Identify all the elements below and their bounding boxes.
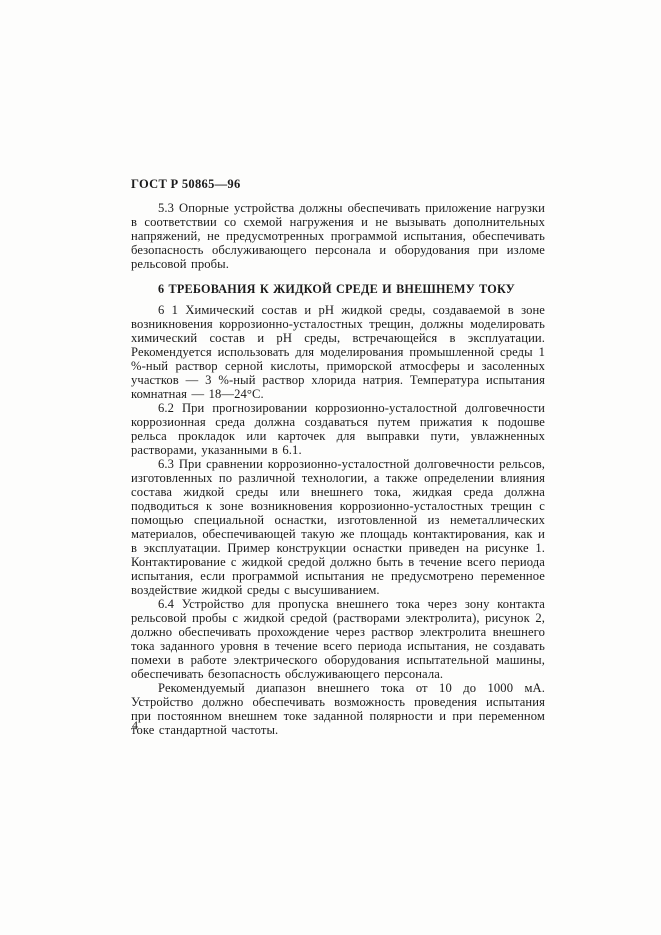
page-number: 4 — [132, 718, 138, 733]
paragraph-5-3: 5.3 Опорные устройства должны обеспечива… — [131, 201, 545, 271]
document-page: ГОСТ Р 50865—96 5.3 Опорные устройства д… — [0, 0, 661, 935]
running-header-gost-number: ГОСТ Р 50865—96 — [131, 177, 241, 192]
paragraph-6-4-continuation: Рекомендуемый диапазон внешнего тока от … — [131, 681, 545, 737]
section-heading-6: 6 ТРЕБОВАНИЯ К ЖИДКОЙ СРЕДЕ И ВНЕШНЕМУ Т… — [131, 282, 545, 296]
paragraph-6-3: 6.3 При сравнении коррозионно-усталостно… — [131, 457, 545, 597]
paragraph-6-1: 6 1 Химический состав и рН жидкой среды,… — [131, 303, 545, 401]
document-body: 5.3 Опорные устройства должны обеспечива… — [131, 201, 545, 737]
paragraph-6-2: 6.2 При прогнозировании коррозионно-уста… — [131, 401, 545, 457]
paragraph-6-4: 6.4 Устройство для пропуска внешнего ток… — [131, 597, 545, 681]
